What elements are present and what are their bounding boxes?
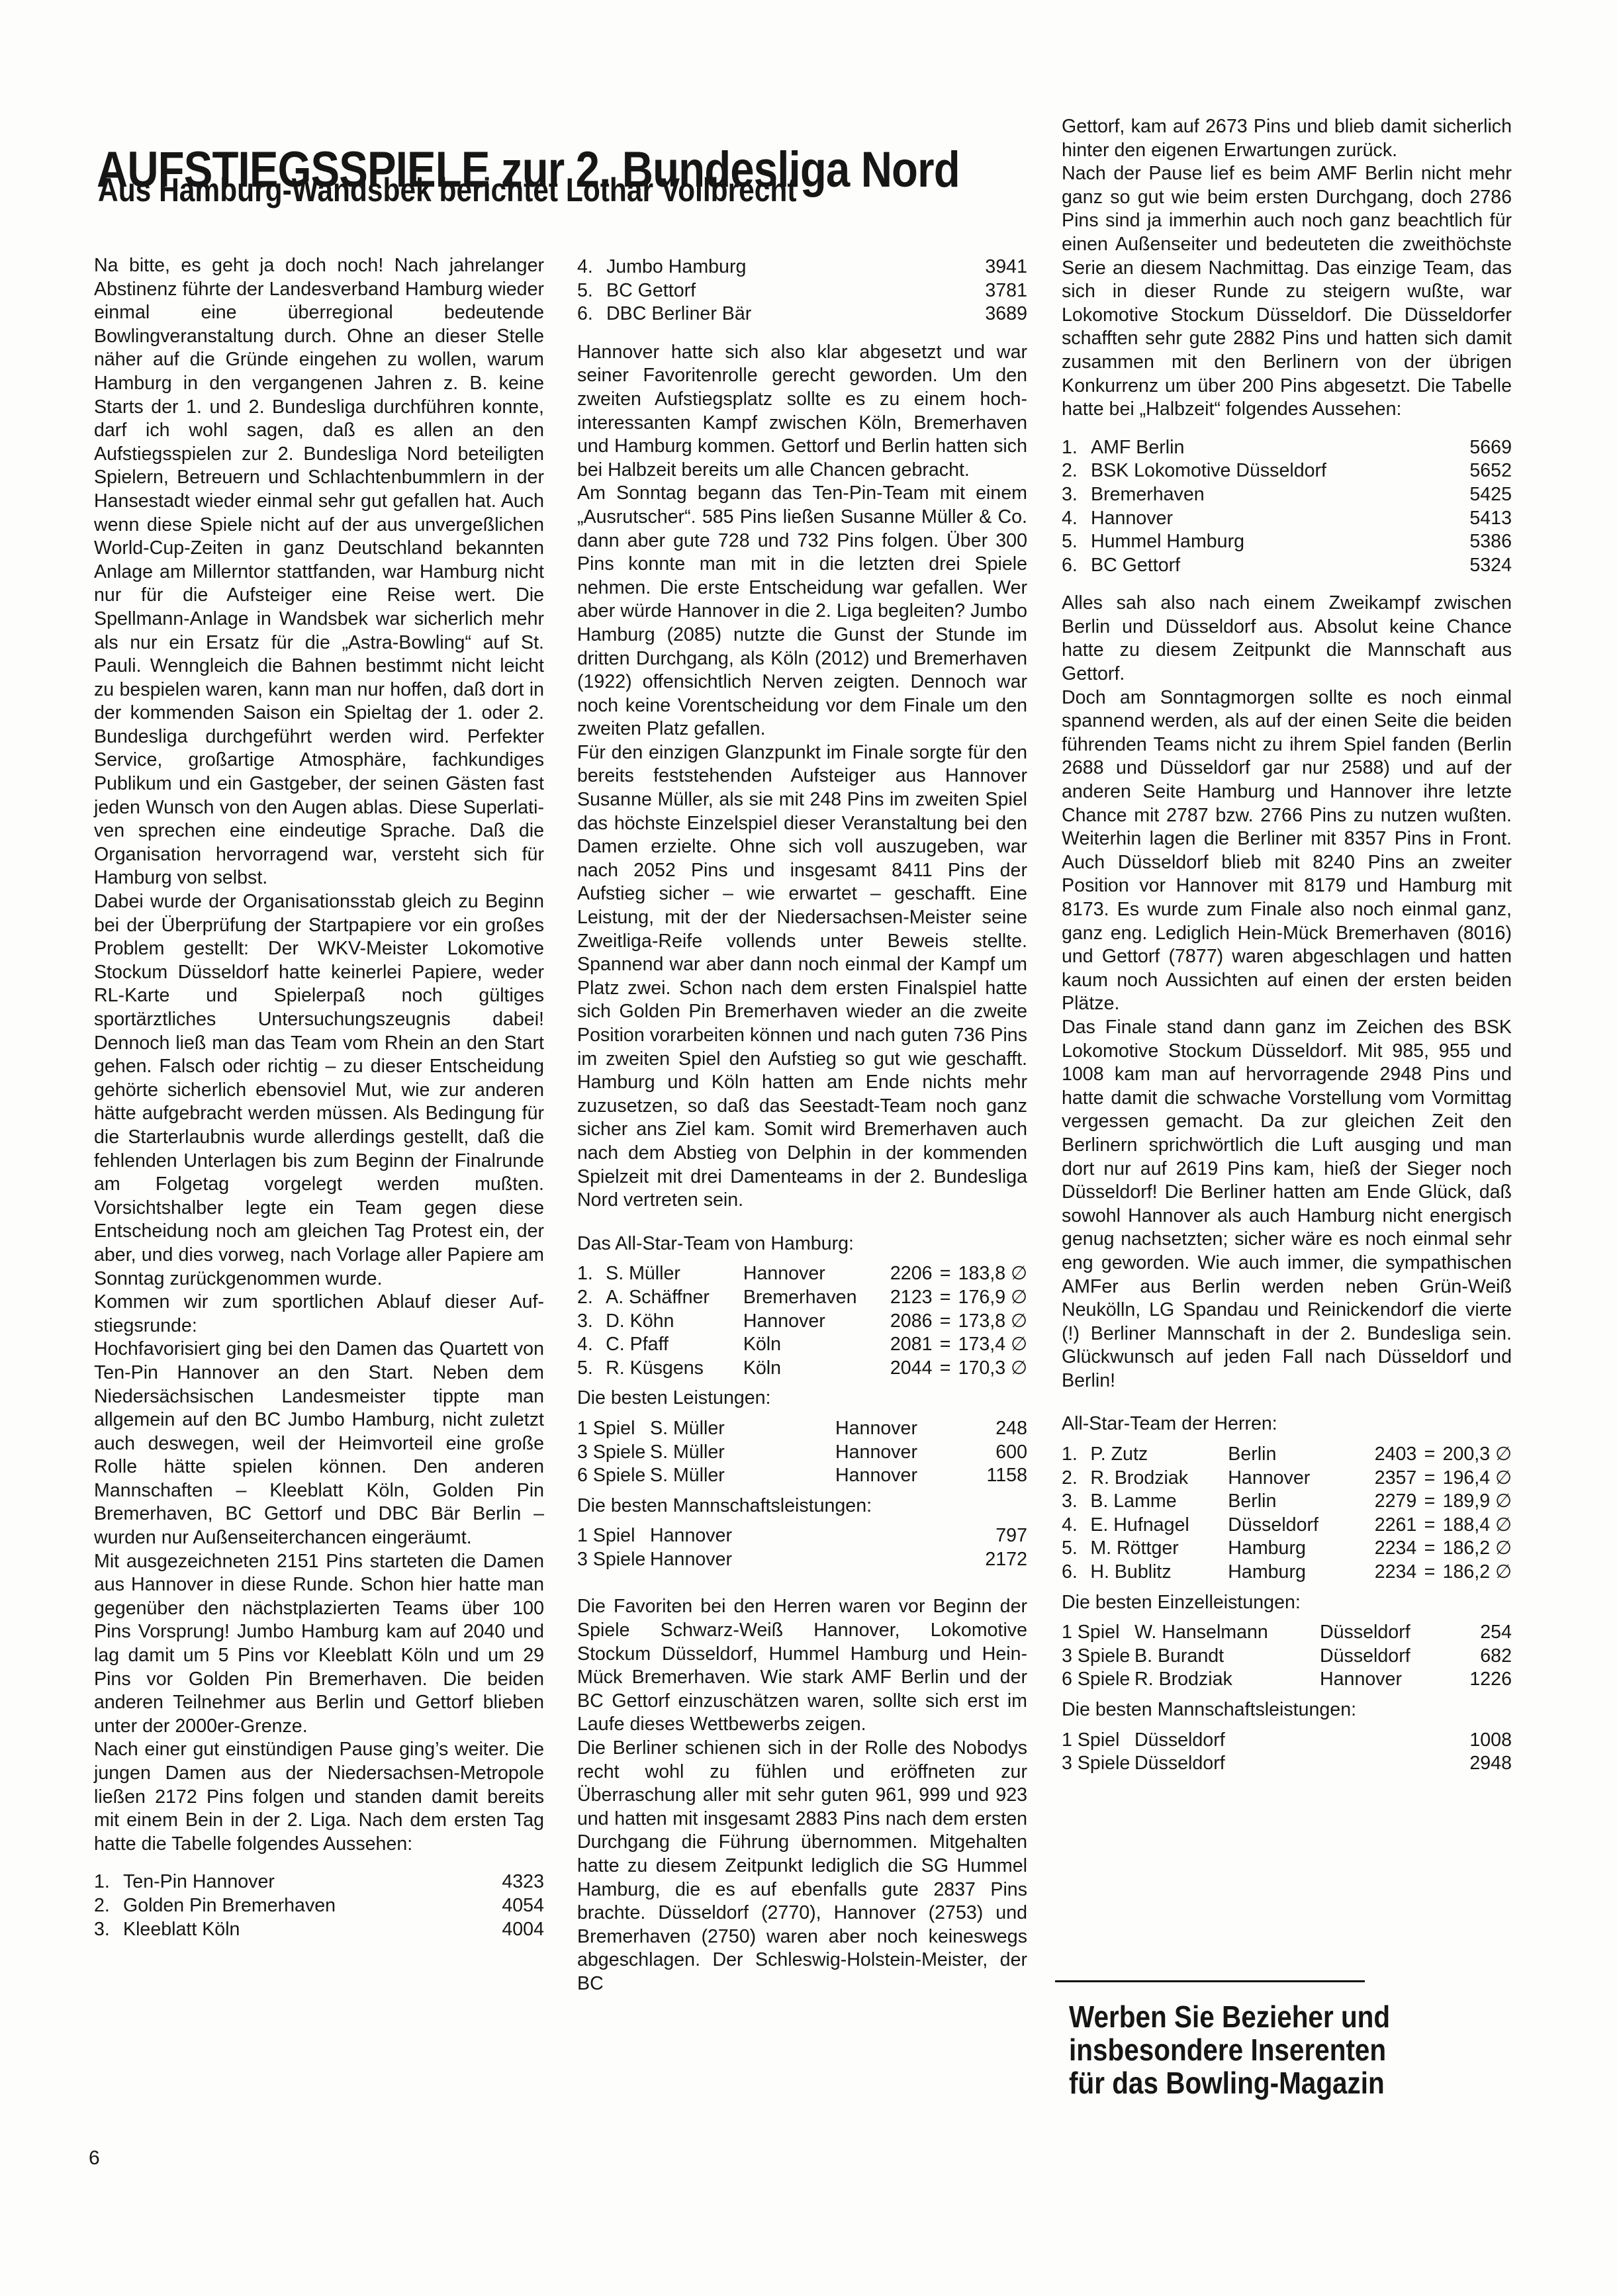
men-best-table: 1 Spiel W. Hanselmann Düsseldorf 254 3 S… [1062,1621,1512,1692]
table-row: 2. A. Schäffner Bremerhaven 2123 = 176,9… [577,1286,1027,1310]
paragraph: Das Finale stand dann ganz im Zeichen de… [1062,1016,1512,1393]
page-number: 6 [89,2147,100,2170]
paragraph: Alles sah also nach einem Zweikampf zwis… [1062,592,1512,686]
women-best-table: 1 Spiel S. Müller Hannover 248 3 Spiele … [577,1417,1027,1488]
men-best-heading: Die besten Einzelleistungen: [1062,1591,1512,1615]
table-row: 4. Hannover 5413 [1062,507,1512,531]
table-row: 3 Spiele S. Müller Hannover 600 [577,1441,1027,1465]
table-row: 5. Hummel Hamburg 5386 [1062,530,1512,554]
table-row: 1. S. Müller Hannover 2206 = 183,8 ∅ [577,1262,1027,1286]
table-row: 6 Spiele R. Brodziak Hannover 1226 [1062,1668,1512,1692]
paragraph: Na bitte, es geht ja doch noch! Nach jah… [94,254,544,890]
paragraph: Mit ausgezeichneten 2151 Pins starteten … [94,1550,544,1739]
table-row: 5. R. Küsgens Köln 2044 = 170,3 ∅ [577,1357,1027,1381]
table-row: 1 Spiel W. Hanselmann Düsseldorf 254 [1062,1621,1512,1645]
table-row: 2. Golden Pin Bremerhaven 4054 [94,1894,544,1918]
table-row: 1 Spiel Düsseldorf 1008 [1062,1729,1512,1753]
table-row: 6. BC Gettorf 5324 [1062,554,1512,578]
standings-halftime-table: 1. AMF Berlin 5669 2. BSK Lokomotive Düs… [1062,436,1512,578]
paragraph: Doch am Sonntagmorgen sollte es noch ein… [1062,686,1512,1016]
standings-day1-table-part1: 1. Ten-Pin Hannover 4323 2. Golden Pin B… [94,1870,544,1941]
ad-line: für das Bowling-Magazin [1069,2066,1390,2099]
paragraph: Dabei wurde der Organisationsstab gleich… [94,890,544,1291]
table-row: 3 Spiele B. Burandt Düsseldorf 682 [1062,1645,1512,1669]
table-row: 5. BC Gettorf 3781 [577,279,1027,303]
article-byline: Aus Hamburg-Wandsbek berichtet Lothar Vo… [98,173,797,207]
women-team-best-table: 1 Spiel Hannover 797 3 Spiele Hannover 2… [577,1524,1027,1571]
table-row: 3 Spiele Hannover 2172 [577,1548,1027,1572]
women-allstar-table: 1. S. Müller Hannover 2206 = 183,8 ∅ 2. … [577,1262,1027,1380]
standings-day1-table-part2: 4. Jumbo Hamburg 3941 5. BC Gettorf 3781… [577,255,1027,326]
paragraph: Die Berliner schienen sich in der Rolle … [577,1737,1027,1996]
column-right: Gettorf, kam auf 2673 Pins und blieb dam… [1062,115,1512,1776]
table-row: 4. Jumbo Hamburg 3941 [577,255,1027,279]
table-row: 1 Spiel S. Müller Hannover 248 [577,1417,1027,1441]
paragraph: Hochfavorisiert ging bei den Damen das Q… [94,1338,544,1549]
table-row: 6. DBC Berliner Bär 3689 [577,302,1027,326]
paragraph: Gettorf, kam auf 2673 Pins und blieb dam… [1062,115,1512,162]
women-best-heading: Die besten Leistungen: [577,1387,1027,1410]
table-row: 4. C. Pfaff Köln 2081 = 173,4 ∅ [577,1333,1027,1357]
table-row: 1. Ten-Pin Hannover 4323 [94,1870,544,1894]
table-row: 1 Spiel Hannover 797 [577,1524,1027,1548]
table-row: 3 Spiele Düsseldorf 2948 [1062,1752,1512,1776]
table-row: 2. BSK Lokomotive Düsseldorf 5652 [1062,459,1512,483]
men-team-best-heading: Die besten Mannschaftsleistungen: [1062,1698,1512,1722]
table-row: 4. E. Hufnagel Düsseldorf 2261 = 188,4 ∅ [1062,1514,1512,1538]
paragraph: Die Favoriten bei den Herren waren vor B… [577,1595,1027,1737]
women-allstar-heading: Das All-Star-Team von Hamburg: [577,1232,1027,1256]
table-row: 3. D. Köhn Hannover 2086 = 173,8 ∅ [577,1310,1027,1334]
table-row: 1. P. Zutz Berlin 2403 = 200,3 ∅ [1062,1443,1512,1467]
paragraph: Kommen wir zum sportlichen Ablauf dieser… [94,1291,544,1338]
column-left: Na bitte, es geht ja doch noch! Nach jah… [94,254,544,1941]
ad-line: insbesondere Inserenten [1069,2033,1390,2066]
paragraph: Für den einzigen Glanzpunkt im Finale so… [577,741,1027,1213]
paragraph: Hannover hatte sich also klar abgesetzt … [577,341,1027,482]
men-allstar-heading: All-Star-Team der Herren: [1062,1412,1512,1436]
ad-line: Werben Sie Bezieher und [1069,2000,1390,2033]
table-row: 3. Bremerhaven 5425 [1062,483,1512,507]
advertisement-notice: Werben Sie Bezieher und insbesondere Ins… [1069,2000,1390,2099]
paragraph: Nach einer gut einstündigen Pause ging’s… [94,1738,544,1856]
table-row: 3. B. Lamme Berlin 2279 = 189,9 ∅ [1062,1490,1512,1514]
women-team-best-heading: Die besten Mannschaftsleistungen: [577,1494,1027,1518]
table-row: 1. AMF Berlin 5669 [1062,436,1512,460]
men-team-best-table: 1 Spiel Düsseldorf 1008 3 Spiele Düsseld… [1062,1729,1512,1776]
column-middle: 4. Jumbo Hamburg 3941 5. BC Gettorf 3781… [577,255,1027,1996]
divider-rule [1055,1980,1365,1982]
paragraph: Nach der Pause lief es beim AMF Berlin n… [1062,162,1512,422]
table-row: 3. Kleeblatt Köln 4004 [94,1918,544,1942]
table-row: 6. H. Bublitz Hamburg 2234 = 186,2 ∅ [1062,1561,1512,1584]
men-allstar-table: 1. P. Zutz Berlin 2403 = 200,3 ∅ 2. R. B… [1062,1443,1512,1584]
table-row: 6 Spiele S. Müller Hannover 1158 [577,1464,1027,1488]
paragraph: Am Sonntag begann das Ten-Pin-Team mit e… [577,482,1027,741]
table-row: 5. M. Röttger Hamburg 2234 = 186,2 ∅ [1062,1537,1512,1561]
table-row: 2. R. Brodziak Hannover 2357 = 196,4 ∅ [1062,1467,1512,1491]
